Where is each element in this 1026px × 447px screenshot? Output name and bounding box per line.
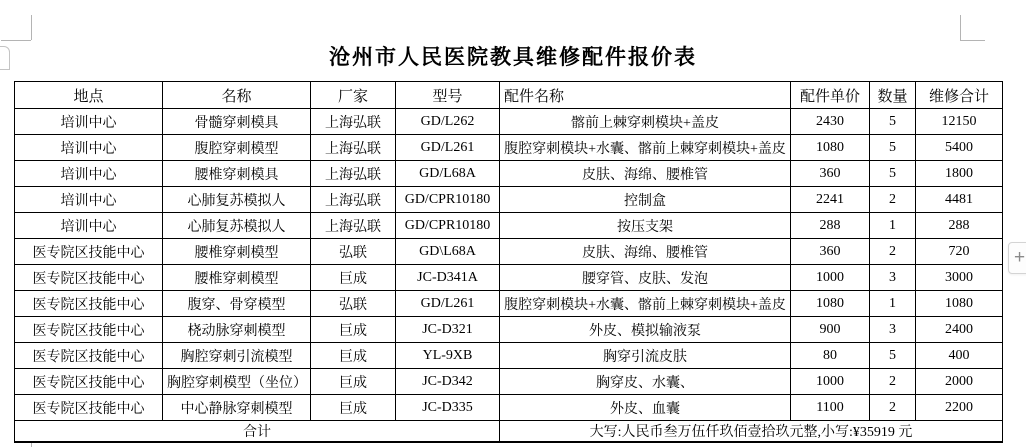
cell-total: 1800 — [916, 161, 1003, 187]
col-header-vendor: 厂家 — [311, 82, 396, 109]
crop-mark-top-right — [960, 40, 985, 41]
cell-part: 腹腔穿刺模块+水囊、髂前上棘穿刺模块+盖皮 — [500, 135, 791, 161]
cell-price: 1100 — [791, 395, 870, 421]
col-header-quantity: 数量 — [870, 82, 916, 109]
cell-total: 2000 — [916, 369, 1003, 395]
cell-price: 2241 — [791, 187, 870, 213]
cell-location: 医专院区技能中心 — [15, 343, 163, 369]
cell-location: 培训中心 — [15, 109, 163, 135]
page-title: 沧州市人民医院教具维修配件报价表 — [0, 44, 1026, 70]
col-header-repair-total: 维修合计 — [916, 82, 1003, 109]
cell-name: 桡动脉穿刺模型 — [163, 317, 311, 343]
cell-qty: 2 — [870, 369, 916, 395]
cell-qty: 3 — [870, 265, 916, 291]
cell-total: 4481 — [916, 187, 1003, 213]
header-row: 地点 名称 厂家 型号 配件名称 配件单价 数量 维修合计 — [15, 82, 1003, 109]
cell-location: 医专院区技能中心 — [15, 239, 163, 265]
cell-vendor: 弘联 — [311, 239, 396, 265]
cell-part: 腹腔穿刺模块+水囊、髂前上棘穿刺模块+盖皮 — [500, 291, 791, 317]
cell-qty: 2 — [870, 239, 916, 265]
cell-model: JC-D321 — [396, 317, 500, 343]
table-row: 医专院区技能中心胸腔穿刺引流模型巨成YL-9XB胸穿引流皮肤805400 — [15, 343, 1003, 369]
cell-qty: 5 — [870, 109, 916, 135]
col-header-location: 地点 — [15, 82, 163, 109]
cell-model: JC-D341A — [396, 265, 500, 291]
cell-location: 医专院区技能中心 — [15, 291, 163, 317]
total-amount-cell: 大写:人民币叁万伍仟玖佰壹拾玖元整,小写:¥35919 元 — [500, 421, 1003, 443]
cell-name: 腹穿、骨穿模型 — [163, 291, 311, 317]
cell-vendor: 巨成 — [311, 395, 396, 421]
cell-name: 心肺复苏模拟人 — [163, 187, 311, 213]
cell-total: 2200 — [916, 395, 1003, 421]
cell-name: 腰椎穿刺模型 — [163, 239, 311, 265]
cell-total: 5400 — [916, 135, 1003, 161]
cell-location: 医专院区技能中心 — [15, 317, 163, 343]
cell-location: 培训中心 — [15, 161, 163, 187]
cell-model: GD\L68A — [396, 239, 500, 265]
cell-part: 胸穿引流皮肤 — [500, 343, 791, 369]
table-row: 培训中心心肺复苏模拟人上海弘联GD/CPR10180控制盒224124481 — [15, 187, 1003, 213]
cell-name: 胸腔穿刺模型（坐位） — [163, 369, 311, 395]
cell-location: 培训中心 — [15, 135, 163, 161]
cell-total: 288 — [916, 213, 1003, 239]
cell-total: 1080 — [916, 291, 1003, 317]
table-row: 培训中心心肺复苏模拟人上海弘联GD/CPR10180按压支架2881288 — [15, 213, 1003, 239]
quotation-table: 地点 名称 厂家 型号 配件名称 配件单价 数量 维修合计 培训中心骨髓穿刺模具… — [14, 81, 1003, 443]
cell-location: 培训中心 — [15, 187, 163, 213]
cell-model: JC-D335 — [396, 395, 500, 421]
cell-part: 皮肤、海绵、腰椎管 — [500, 239, 791, 265]
cell-vendor: 弘联 — [311, 291, 396, 317]
cell-name: 心肺复苏模拟人 — [163, 213, 311, 239]
cell-qty: 5 — [870, 135, 916, 161]
cell-total: 720 — [916, 239, 1003, 265]
cell-price: 288 — [791, 213, 870, 239]
cell-model: GD/L68A — [396, 161, 500, 187]
cell-part: 按压支架 — [500, 213, 791, 239]
cell-location: 医专院区技能中心 — [15, 369, 163, 395]
plus-icon: + — [1014, 247, 1025, 268]
cell-name: 腰椎穿刺模具 — [163, 161, 311, 187]
crop-mark-top-left — [1, 40, 31, 41]
cell-price: 900 — [791, 317, 870, 343]
cell-location: 培训中心 — [15, 213, 163, 239]
table-row: 培训中心腰椎穿刺模具上海弘联GD/L68A皮肤、海绵、腰椎管36051800 — [15, 161, 1003, 187]
cell-part: 外皮、模拟输液泵 — [500, 317, 791, 343]
cell-name: 中心静脉穿刺模型 — [163, 395, 311, 421]
cell-vendor: 上海弘联 — [311, 135, 396, 161]
cell-vendor: 巨成 — [311, 343, 396, 369]
cell-qty: 5 — [870, 343, 916, 369]
cell-price: 80 — [791, 343, 870, 369]
cell-price: 1000 — [791, 369, 870, 395]
cell-total: 12150 — [916, 109, 1003, 135]
cell-name: 腰椎穿刺模型 — [163, 265, 311, 291]
cell-qty: 3 — [870, 317, 916, 343]
cell-price: 360 — [791, 239, 870, 265]
cell-part: 腰穿管、皮肤、发泡 — [500, 265, 791, 291]
cell-name: 腹腔穿刺模型 — [163, 135, 311, 161]
table-row: 医专院区技能中心胸腔穿刺模型（坐位）巨成JC-D342胸穿皮、水囊、100022… — [15, 369, 1003, 395]
cell-vendor: 上海弘联 — [311, 187, 396, 213]
cell-qty: 1 — [870, 213, 916, 239]
cell-total: 2400 — [916, 317, 1003, 343]
cell-price: 360 — [791, 161, 870, 187]
cell-model: JC-D342 — [396, 369, 500, 395]
cell-price: 2430 — [791, 109, 870, 135]
cell-model: GD/L262 — [396, 109, 500, 135]
table-row: 医专院区技能中心桡动脉穿刺模型巨成JC-D321外皮、模拟输液泵90032400 — [15, 317, 1003, 343]
cell-model: GD/CPR10180 — [396, 187, 500, 213]
cell-model: YL-9XB — [396, 343, 500, 369]
total-row: 合计 大写:人民币叁万伍仟玖佰壹拾玖元整,小写:¥35919 元 — [15, 421, 1003, 443]
col-header-part: 配件名称 — [500, 82, 791, 109]
cell-name: 骨髓穿刺模具 — [163, 109, 311, 135]
table-row: 医专院区技能中心腰椎穿刺模型巨成JC-D341A腰穿管、皮肤、发泡1000330… — [15, 265, 1003, 291]
cell-part: 控制盒 — [500, 187, 791, 213]
cell-qty: 2 — [870, 395, 916, 421]
cell-vendor: 巨成 — [311, 369, 396, 395]
cell-vendor: 上海弘联 — [311, 109, 396, 135]
cell-location: 医专院区技能中心 — [15, 395, 163, 421]
cell-model: GD/CPR10180 — [396, 213, 500, 239]
crop-mark-top-right — [960, 15, 961, 40]
col-header-unit-price: 配件单价 — [791, 82, 870, 109]
cell-part: 胸穿皮、水囊、 — [500, 369, 791, 395]
col-header-model: 型号 — [396, 82, 500, 109]
cell-price: 1080 — [791, 291, 870, 317]
total-label-cell: 合计 — [15, 421, 500, 443]
cell-qty: 2 — [870, 187, 916, 213]
cell-part: 皮肤、海绵、腰椎管 — [500, 161, 791, 187]
table-row: 培训中心骨髓穿刺模具上海弘联GD/L262髂前上棘穿刺模块+盖皮24305121… — [15, 109, 1003, 135]
cell-part: 髂前上棘穿刺模块+盖皮 — [500, 109, 791, 135]
cell-name: 胸腔穿刺引流模型 — [163, 343, 311, 369]
crop-mark-top-left — [31, 15, 32, 40]
table-row: 医专院区技能中心腰椎穿刺模型弘联GD\L68A皮肤、海绵、腰椎管3602720 — [15, 239, 1003, 265]
cell-vendor: 巨成 — [311, 265, 396, 291]
cell-total: 400 — [916, 343, 1003, 369]
cell-total: 3000 — [916, 265, 1003, 291]
cell-qty: 5 — [870, 161, 916, 187]
cell-qty: 1 — [870, 291, 916, 317]
cell-vendor: 巨成 — [311, 317, 396, 343]
cell-model: GD/L261 — [396, 291, 500, 317]
cell-vendor: 上海弘联 — [311, 161, 396, 187]
table-row: 培训中心腹腔穿刺模型上海弘联GD/L261腹腔穿刺模块+水囊、髂前上棘穿刺模块+… — [15, 135, 1003, 161]
table-row: 医专院区技能中心腹穿、骨穿模型弘联GD/L261腹腔穿刺模块+水囊、髂前上棘穿刺… — [15, 291, 1003, 317]
cell-price: 1080 — [791, 135, 870, 161]
cell-location: 医专院区技能中心 — [15, 265, 163, 291]
cell-part: 外皮、血囊 — [500, 395, 791, 421]
insert-plus-button[interactable]: + — [1008, 242, 1026, 274]
col-header-name: 名称 — [163, 82, 311, 109]
cell-price: 1000 — [791, 265, 870, 291]
cell-vendor: 上海弘联 — [311, 213, 396, 239]
cell-model: GD/L261 — [396, 135, 500, 161]
table-row: 医专院区技能中心中心静脉穿刺模型巨成JC-D335外皮、血囊110022200 — [15, 395, 1003, 421]
